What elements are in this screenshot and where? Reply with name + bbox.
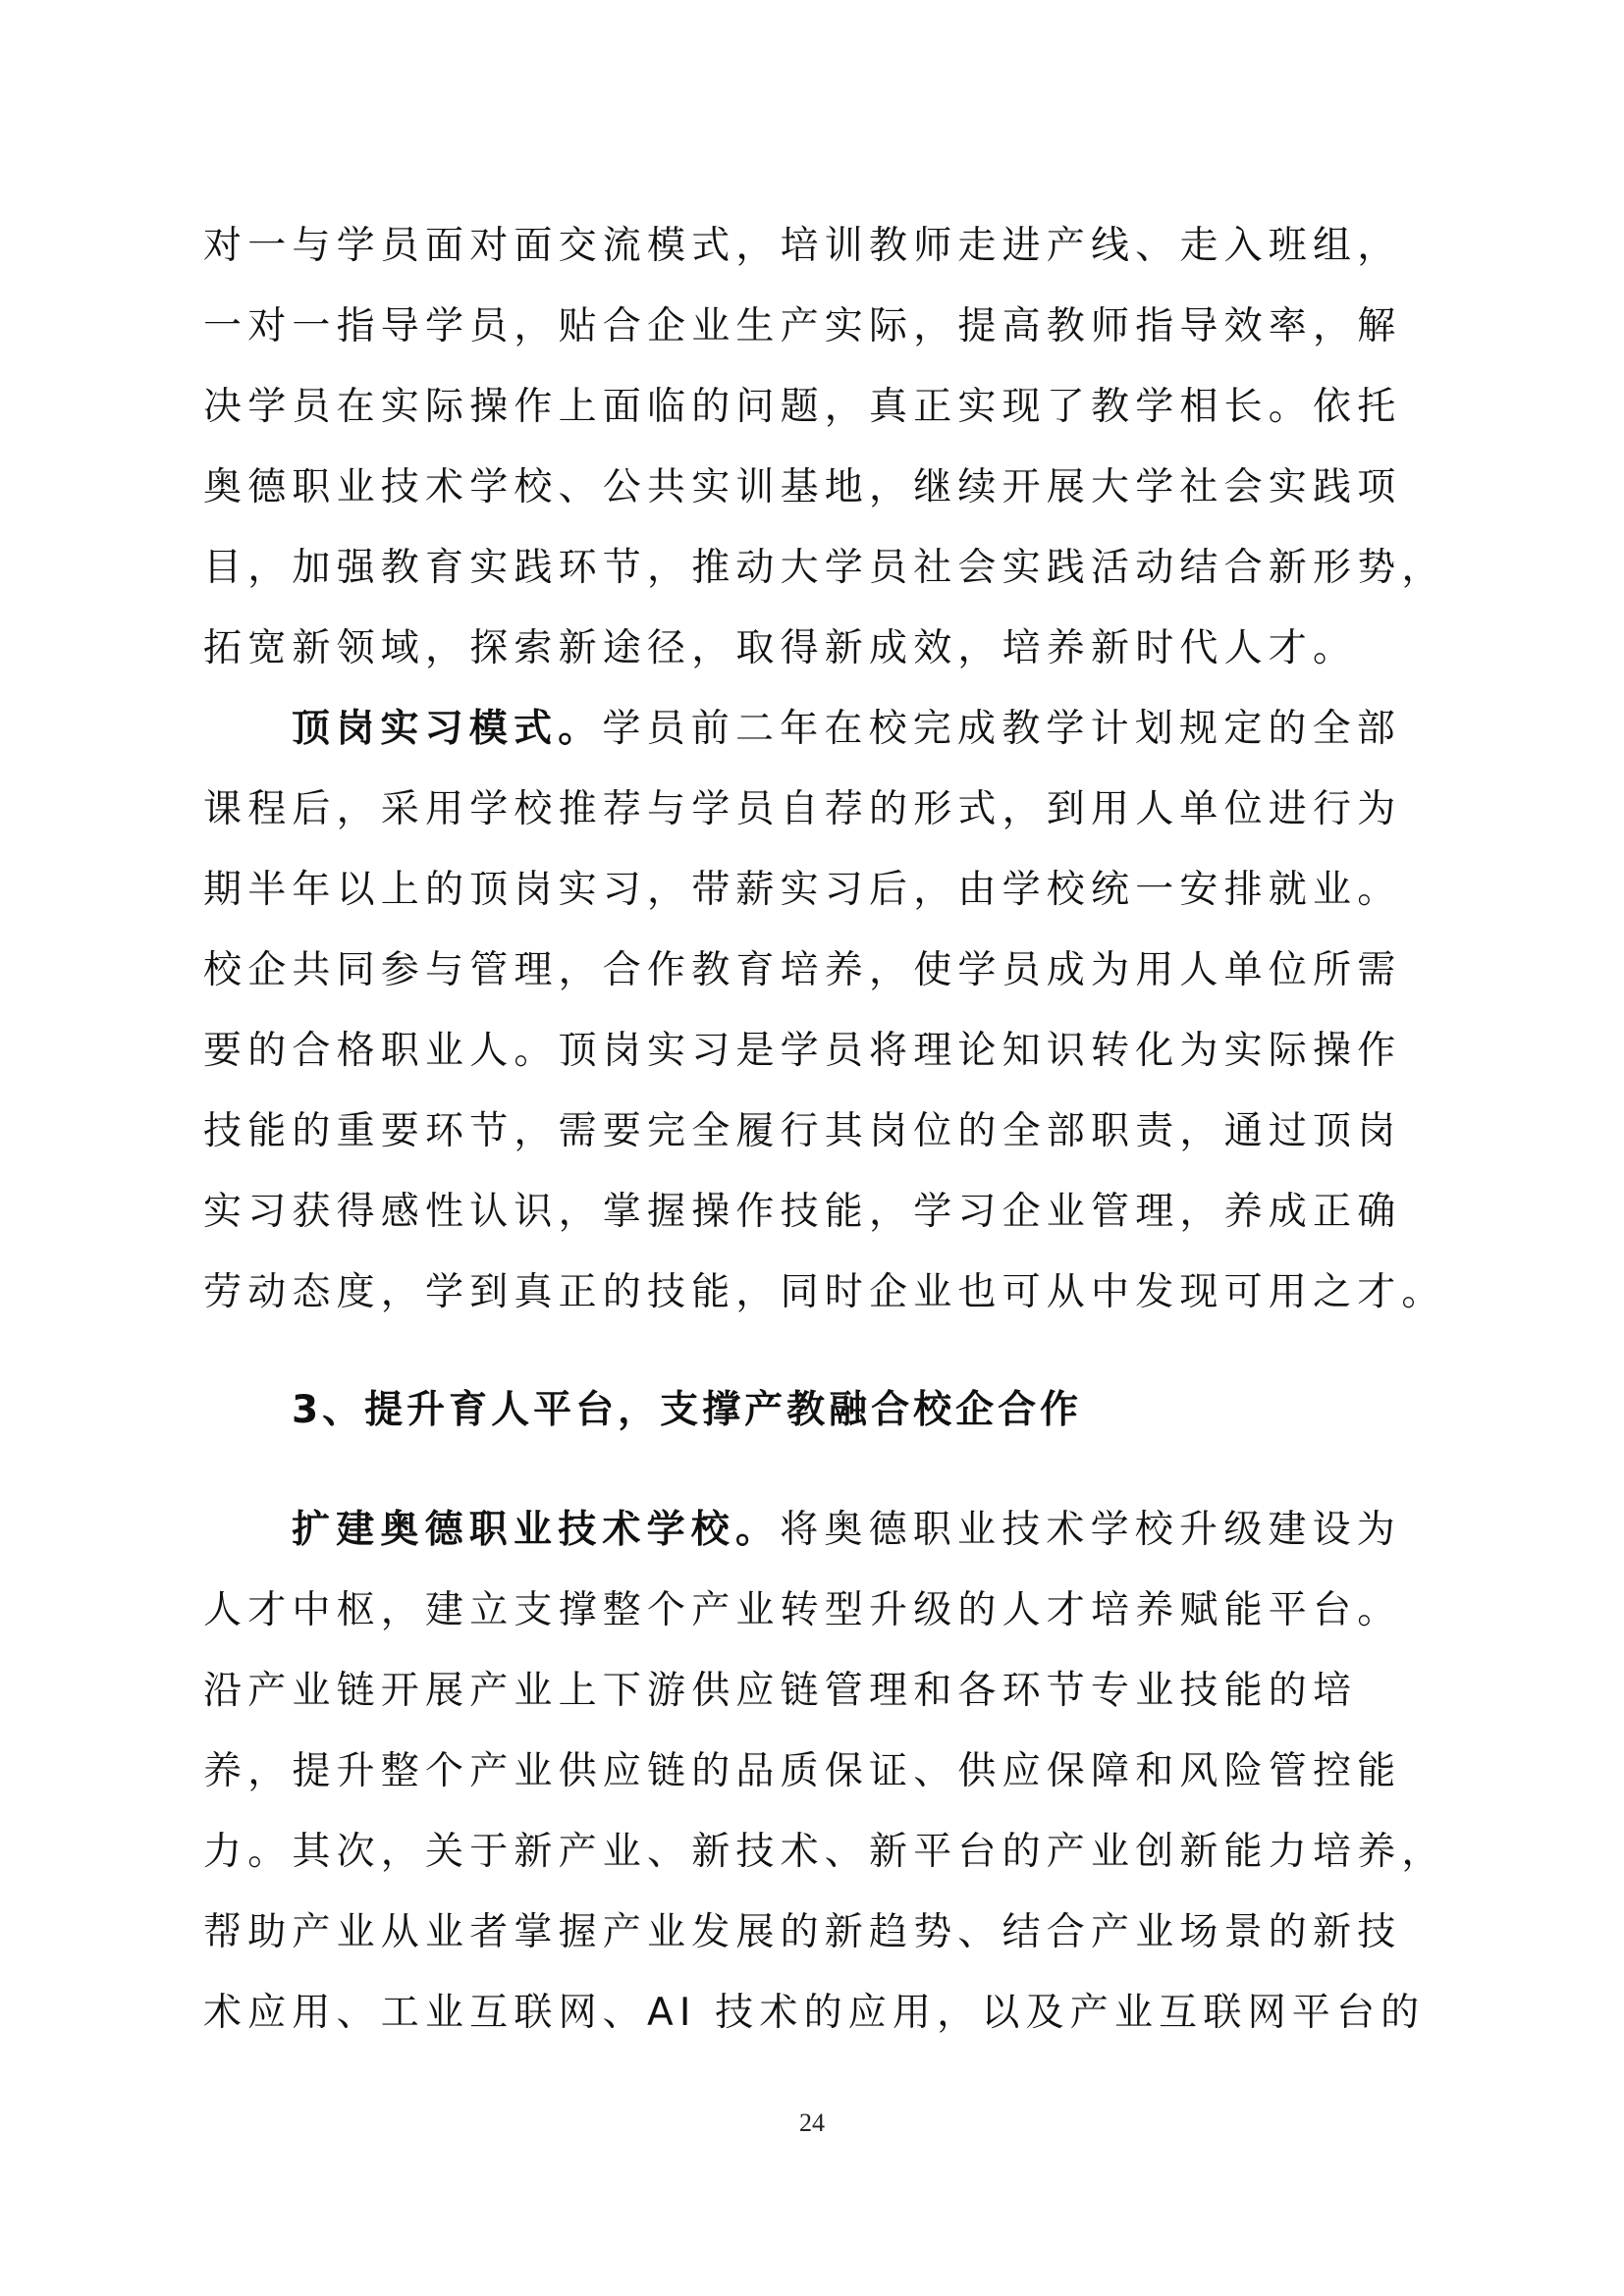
text-line: 术应用、工业互联网、AI 技术的应用，以及产业互联网平台的 <box>203 1989 1421 2038</box>
text-line: 养，提升整个产业供应链的品质保证、供应保障和风险管控能 <box>203 1747 1421 1796</box>
text-line: 奥德职业技术学校、公共实训基地，继续开展大学社会实践项 <box>203 463 1421 512</box>
lead-text: 学员前二年在校完成教学计划规定的全部 <box>602 707 1401 751</box>
lead-term: 顶岗实习模式。 <box>292 707 602 751</box>
page-number: 24 <box>0 2109 1624 2138</box>
text-line-first: 扩建奥德职业技术学校。将奥德职业技术学校升级建设为 <box>292 1506 1509 1555</box>
text-line: 拓宽新领域，探索新途径，取得新成效，培养新时代人才。 <box>203 624 1421 673</box>
text-line: 力。其次，关于新产业、新技术、新平台的产业创新能力培养， <box>203 1828 1421 1877</box>
text-line: 对一与学员面对面交流模式，培训教师走进产线、走入班组， <box>203 222 1421 271</box>
text-line: 校企共同参与管理，合作教育培养，使学员成为用人单位所需 <box>203 946 1421 995</box>
section-heading: 3、提升育人平台，支撑产教融合校企合作 <box>292 1386 1509 1435</box>
text-line: 目，加强教育实践环节，推动大学员社会实践活动结合新形势， <box>203 544 1421 593</box>
lead-text: 将奥德职业技术学校升级建设为 <box>780 1508 1401 1552</box>
text-line: 人才中枢，建立支撑整个产业转型升级的人才培养赋能平台。 <box>203 1586 1421 1635</box>
text-line: 帮助产业从业者掌握产业发展的新趋势、结合产业场景的新技 <box>203 1908 1421 1957</box>
text-line: 技能的重要环节，需要完全履行其岗位的全部职责，通过顶岗 <box>203 1107 1421 1156</box>
text-line: 一对一指导学员，贴合企业生产实际，提高教师指导效率，解 <box>203 302 1421 351</box>
text-line: 沿产业链开展产业上下游供应链管理和各环节专业技能的培 <box>203 1667 1421 1716</box>
text-line: 期半年以上的顶岗实习，带薪实习后，由学校统一安排就业。 <box>203 866 1421 915</box>
text-line: 实习获得感性认识，掌握操作技能，学习企业管理，养成正确 <box>203 1188 1421 1237</box>
text-line: 课程后，采用学校推荐与学员自荐的形式，到用人单位进行为 <box>203 785 1421 834</box>
text-line-first: 顶岗实习模式。学员前二年在校完成教学计划规定的全部 <box>292 705 1509 754</box>
text-line: 要的合格职业人。顶岗实习是学员将理论知识转化为实际操作 <box>203 1027 1421 1076</box>
lead-term: 扩建奥德职业技术学校。 <box>292 1508 780 1552</box>
text-line: 劳动态度，学到真正的技能，同时企业也可从中发现可用之才。 <box>203 1268 1421 1317</box>
text-line: 决学员在实际操作上面临的问题，真正实现了教学相长。依托 <box>203 383 1421 432</box>
document-page: 对一与学员面对面交流模式，培训教师走进产线、走入班组， 一对一指导学员，贴合企业… <box>0 0 1624 2296</box>
